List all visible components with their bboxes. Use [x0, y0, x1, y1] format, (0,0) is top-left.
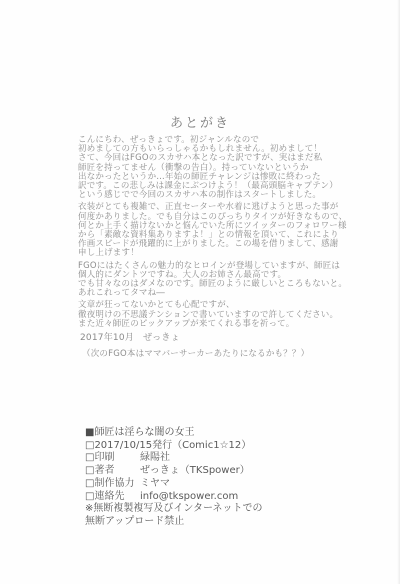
colophon-entry-label: □制作協力: [85, 478, 140, 491]
scanned-afterword-page: あとがき こんにちわ、ぜっきょです。初ジャンルなので 初めましての方もいらっしゃ…: [0, 0, 400, 584]
colophon-entry: □連絡先info@tkspower.com: [85, 491, 345, 504]
afterword-body: こんにちわ、ぜっきょです。初ジャンルなので 初めましての方もいらっしゃるかもしれ…: [78, 136, 378, 359]
colophon-entry-label: □印刷: [85, 452, 140, 465]
colophon-entry-value: info@tkspower.com: [140, 491, 238, 502]
signature-postscript: （次のFGO本はママバーサーカーあたりになるかも？？）: [78, 350, 378, 359]
colophon-entry: □印刷緑陽社: [85, 452, 345, 465]
afterword-paragraph: 文章が狂ってないかとても心配ですが、 徹夜明けの不思議テンションで書いていますの…: [78, 301, 378, 329]
colophon-entries: □印刷緑陽社 □著者ぜっきょ（TKSpower） □制作協力ミヤマ □連絡先in…: [85, 452, 345, 503]
colophon-entry-value: ぜっきょ（TKSpower）: [140, 465, 250, 476]
page-title: あとがき: [0, 112, 400, 131]
colophon-entry: □著者ぜっきょ（TKSpower）: [85, 465, 345, 478]
colophon-entry-value: 緑陽社: [140, 452, 170, 463]
colophon-entry-label: □著者: [85, 465, 140, 478]
afterword-paragraph: FGOにはたくさんの魅力的なヒロインが登場していますが、師匠は 個人的にダントツ…: [78, 262, 378, 299]
afterword-paragraphs: こんにちわ、ぜっきょです。初ジャンルなので 初めましての方もいらっしゃるかもしれ…: [78, 136, 378, 329]
afterword-paragraph: こんにちわ、ぜっきょです。初ジャンルなので 初めましての方もいらっしゃるかもしれ…: [78, 136, 378, 200]
signature-date: 2017年10月 ぜっきょ: [78, 334, 378, 343]
copyright-notice: ※無断複製複写及びインターネットでの 無断アップロード禁止: [85, 503, 345, 528]
afterword-paragraph: 衣装がとても複雑で、正直セーターや水着に逃げようと思った事が 何度かありました。…: [78, 203, 378, 258]
colophon-entry-label: □連絡先: [85, 491, 140, 504]
colophon-entry: □制作協力ミヤマ: [85, 478, 345, 491]
colophon: ■師匠は淫らな闇の女王 □2017/10/15発行（Comic1☆12） □印刷…: [85, 427, 345, 529]
colophon-publication-date: □2017/10/15発行（Comic1☆12）: [85, 440, 345, 453]
colophon-entry-value: ミヤマ: [140, 478, 170, 489]
colophon-book-title: ■師匠は淫らな闇の女王: [85, 427, 345, 440]
